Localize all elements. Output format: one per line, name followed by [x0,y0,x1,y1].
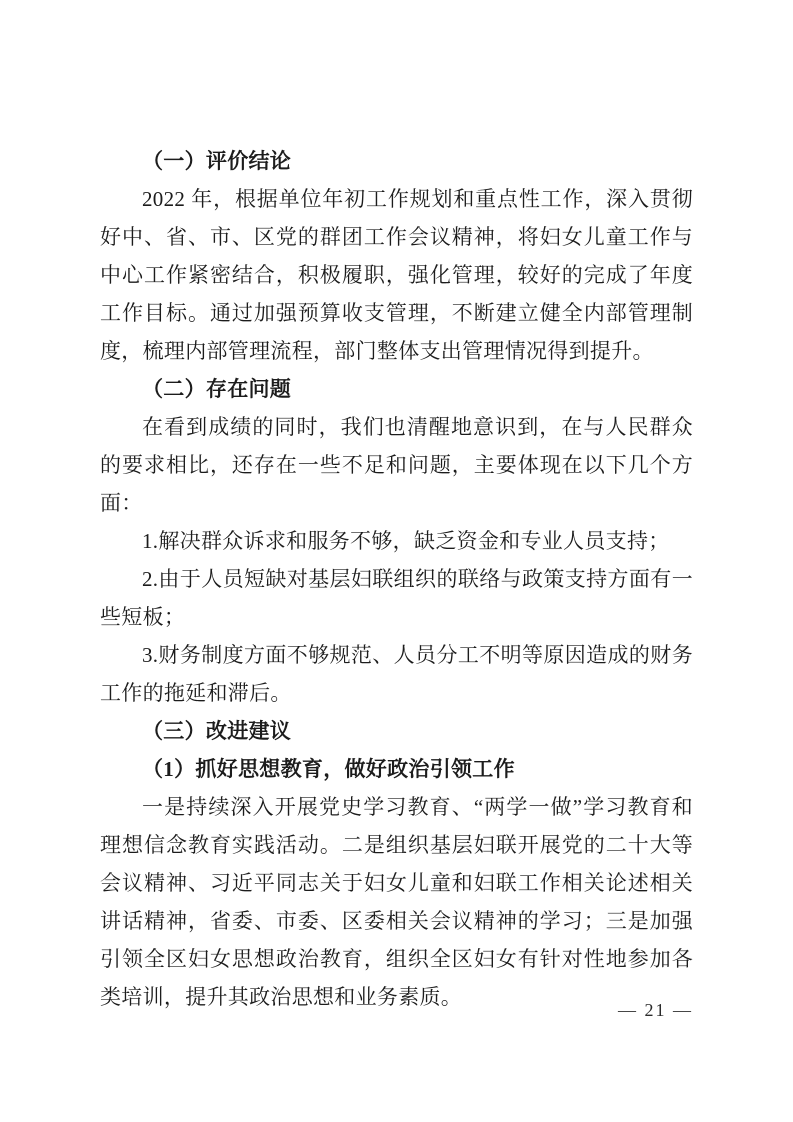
sub-heading-ideological-education: （1）抓好思想教育，做好政治引领工作 [100,750,693,788]
list-item-problem-2: 2.由于人员短缺对基层妇联组织的联络与政策支持方面有一些短板； [100,560,693,636]
document-body: （一）评价结论 2022 年，根据单位年初工作规划和重点性工作，深入贯彻好中、省… [100,142,693,1016]
paragraph-evaluation-summary: 2022 年，根据单位年初工作规划和重点性工作，深入贯彻好中、省、市、区党的群团… [100,180,693,370]
document-page: （一）评价结论 2022 年，根据单位年初工作规划和重点性工作，深入贯彻好中、省… [0,0,793,1122]
paragraph-improvement-measures: 一是持续深入开展党史学习教育、“两学一做”学习教育和理想信念教育实践活动。二是组… [100,788,693,1016]
list-item-problem-1: 1.解决群众诉求和服务不够，缺乏资金和专业人员支持； [100,522,693,560]
section-heading-improvement-suggestions: （三）改进建议 [100,712,693,750]
section-heading-existing-problems: （二）存在问题 [100,370,693,408]
page-number: — 21 — [618,998,693,1022]
section-heading-evaluation-conclusion: （一）评价结论 [100,142,693,180]
paragraph-problems-intro: 在看到成绩的同时，我们也清醒地意识到，在与人民群众的要求相比，还存在一些不足和问… [100,408,693,522]
list-item-problem-3: 3.财务制度方面不够规范、人员分工不明等原因造成的财务工作的拖延和滞后。 [100,636,693,712]
